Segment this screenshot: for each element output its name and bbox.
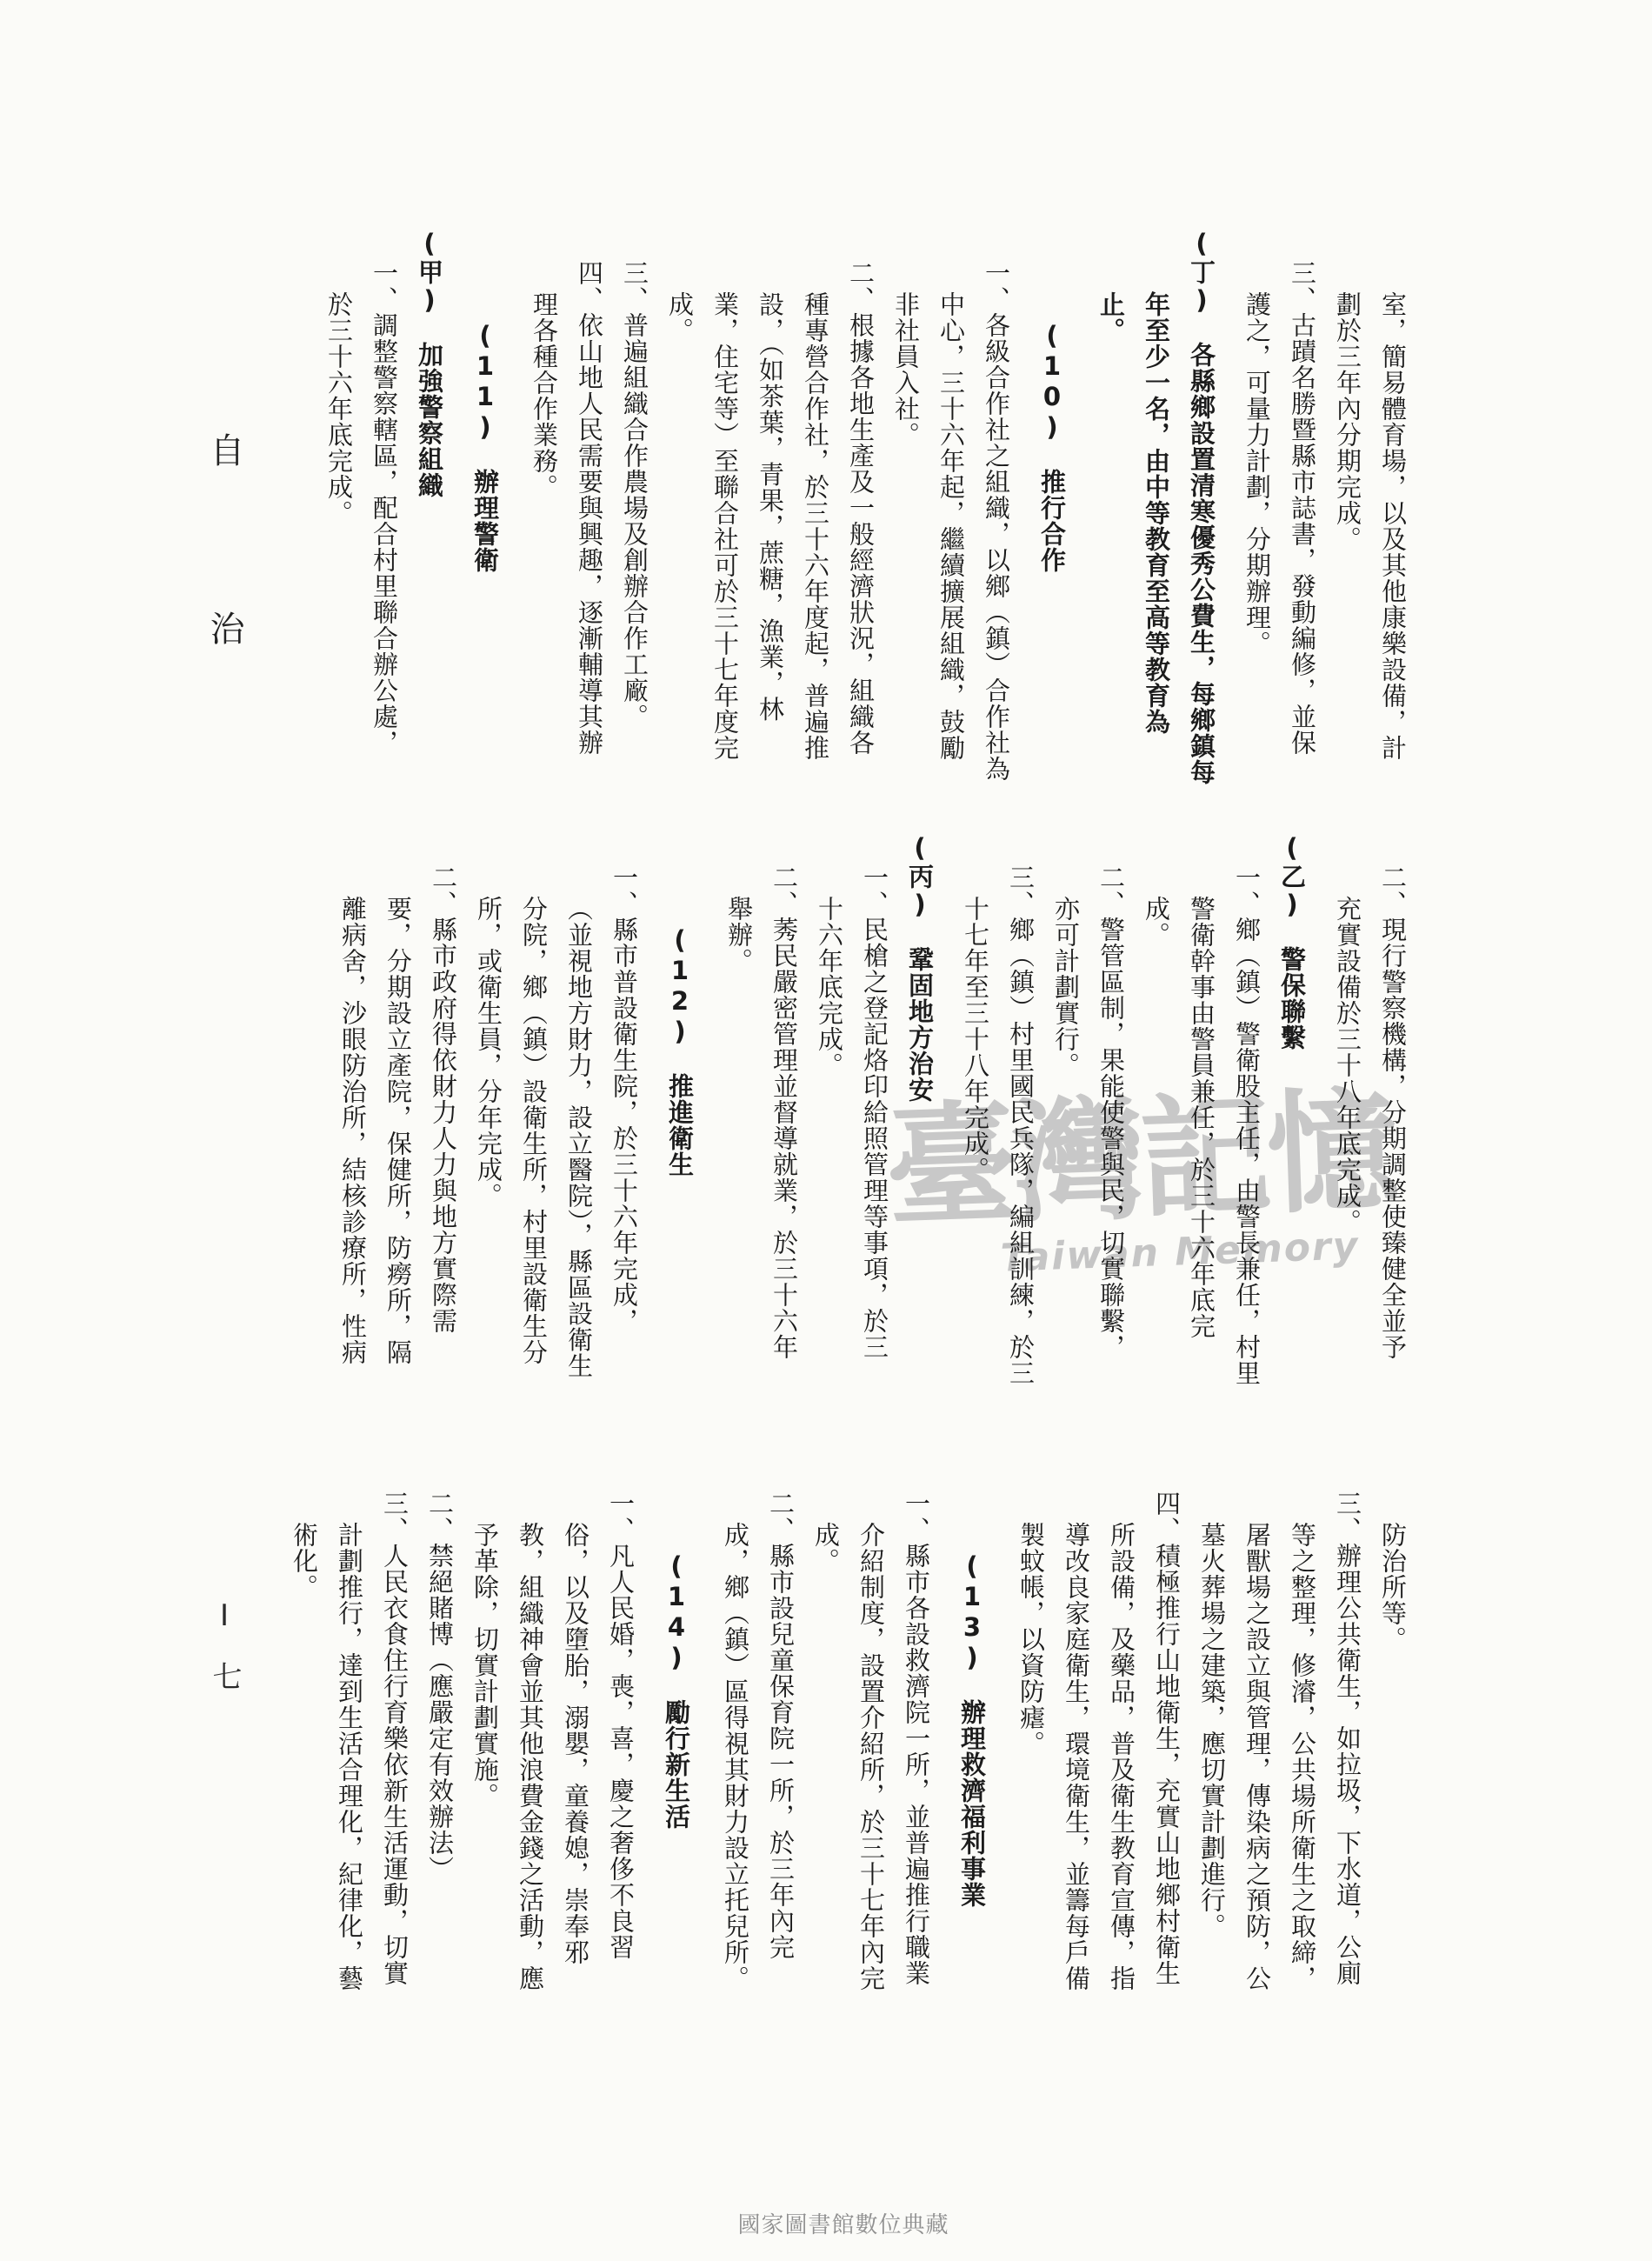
continuation-column: 劃於三年內分期完成。 xyxy=(1325,229,1370,876)
continuation-column: 防治所等。 xyxy=(1370,1459,1416,2120)
list-item-column: 二、莠民嚴密管理並督導就業，於三十六年 xyxy=(762,833,807,1463)
list-item-column: 四、積極推行山地衛生，充實山地鄉村衛生 xyxy=(1144,1459,1189,2089)
continuation-column: 於三十六年底完成。 xyxy=(316,229,362,876)
section-header-column: (13) 辦理救濟福利事業 xyxy=(949,1459,995,2150)
continuation-column: 舉辦。 xyxy=(716,833,762,1494)
margin-section-label: 自治 xyxy=(200,432,250,789)
continuation-column: 年至少一名，由中等教育至高等教育為 xyxy=(1134,229,1179,876)
text-band-1: 室，簡易體育場，以及其他康樂設備，計劃於三年內分期完成。三、古蹟名勝暨縣市誌書，… xyxy=(316,229,1416,813)
continuation-column: 室，簡易體育場，以及其他康樂設備，計 xyxy=(1370,229,1416,876)
continuation-column: 設，（如茶葉，青果，蔗糖，漁業，林 xyxy=(748,229,793,876)
section-header-column: (10) 推行合作 xyxy=(1029,229,1075,905)
list-item-column: 三、古蹟名勝暨縣市誌書，發動編修，並保 xyxy=(1280,229,1325,844)
continuation-column: 墓火葬場之建築，應切實計劃進行。 xyxy=(1189,1459,1235,2120)
continuation-column: 理各種合作業務。 xyxy=(522,229,567,876)
continuation-column: 亦可計劃實行。 xyxy=(1043,833,1089,1494)
list-item-column: 三、鄉（鎮）村里國民兵隊，編組訓練，於三 xyxy=(998,833,1043,1463)
continuation-column: 屠獸場之設立與管理，傳染病之預防，公 xyxy=(1235,1459,1280,2120)
list-item-column: 二、警管區制，果能使警與民，切實聯繫， xyxy=(1089,833,1134,1463)
page-number: I七 xyxy=(203,1598,246,1718)
list-item-column: 一、縣市普設衛生院，於三十六年完成， xyxy=(602,833,647,1463)
continuation-column: 非社員入社。 xyxy=(883,229,929,876)
footer-label: 國家圖書館數位典藏 xyxy=(730,2207,956,2239)
continuation-column: 所設備，及藥品，普及衛生教育宣傳，指 xyxy=(1099,1459,1144,2120)
continuation-column: 俗，以及墮胎，溺嬰，童養媳，崇奉邪 xyxy=(553,1459,598,2120)
continuation-column: 導改良家庭衛生，環境衛生，並籌每戶備 xyxy=(1054,1459,1099,2120)
subsection-header-column: (乙) 警保聯繫 xyxy=(1269,833,1315,1431)
list-item-column: 一、凡人民婚，喪，喜，慶之奢侈不良習 xyxy=(598,1459,643,2089)
section-header-column: (11) 辦理警衛 xyxy=(463,229,508,905)
subsection-header-column: (甲) 加強警察組織 xyxy=(407,229,452,813)
list-item-column: 三、人民衣食住行育樂依新生活運動，切實 xyxy=(372,1459,417,2089)
continuation-column: 十六年底完成。 xyxy=(807,833,852,1494)
continuation-column: 予革除，切實計劃實施。 xyxy=(463,1459,508,2120)
section-header-column: (14) 勵行新生活 xyxy=(654,1459,699,2150)
list-item-column: 二、現行警察機構，分期調整使臻健全並予 xyxy=(1370,833,1416,1463)
list-item-column: 一、鄉（鎮）警衛股主任，由警長兼任，村里 xyxy=(1224,833,1269,1463)
document-page: 自治 I七 臺灣記憶 Taiwan Memory 室，簡易體育場，以及其他康樂設… xyxy=(0,0,1652,2261)
continuation-column: 製蚊帳，以資防瘧。 xyxy=(1009,1459,1054,2120)
continuation-column: 所，或衛生員，分年完成。 xyxy=(466,833,511,1494)
continuation-column: 護之，可量力計劃，分期辦理。 xyxy=(1235,229,1280,876)
list-item-column: 三、普遍組織合作農場及創辦合作工廠。 xyxy=(612,229,657,844)
list-item-column: 三、辦理公共衛生，如拉圾，下水道，公廁 xyxy=(1325,1459,1370,2089)
continuation-column: 成。 xyxy=(803,1459,849,2120)
list-item-column: 四、依山地人民需要與興趣，逐漸輔導其辦 xyxy=(567,229,612,844)
continuation-column: 中心，三十六年起，繼續擴展組織，鼓勵 xyxy=(929,229,974,876)
continuation-column: 種專營合作社，於三十六年度起，普遍推 xyxy=(793,229,838,876)
continuation-column: 計劃推行，達到生活合理化，紀律化，藝 xyxy=(327,1459,372,2120)
continuation-column: 教，組織神會並其他浪費金錢之活動，應 xyxy=(508,1459,553,2120)
continuation-column: 充實設備於三十八年底完成。 xyxy=(1325,833,1370,1494)
continuation-column: 成。 xyxy=(1134,833,1179,1494)
section-header-column: (12) 推進衛生 xyxy=(657,833,703,1524)
continuation-column: 業，住宅等）至聯合社可於三十七年度完 xyxy=(703,229,748,876)
list-item-column: 二、禁絕賭博（應嚴定有效辦法） xyxy=(417,1459,463,2089)
continuation-column: 十七年至三十八年完成。 xyxy=(953,833,998,1494)
continuation-column: 要，分期設立產院，保健所，防癆所，隔 xyxy=(376,833,421,1494)
continuation-column: 分院，鄉（鎮）設衛生所，村里設衛生分 xyxy=(511,833,556,1494)
list-item-column: 一、各級合作社之組織，以鄉（鎮）合作社為 xyxy=(974,229,1019,844)
list-item-column: 二、根據各地生產及一般經濟狀況，組織各 xyxy=(838,229,883,844)
text-band-2: 二、現行警察機構，分期調整使臻健全並予充實設備於三十八年底完成。(乙) 警保聯繫… xyxy=(330,833,1416,1431)
continuation-column: 警衛幹事由警員兼任，於三十六年底完 xyxy=(1179,833,1224,1494)
list-item-column: 一、調整警察轄區，配合村里聯合辦公處， xyxy=(362,229,407,844)
list-item-column: 二、縣市設兒童保育院一所，於三年內完 xyxy=(758,1459,803,2089)
continuation-column: （並視地方財力，設立醫院），縣區設衛生 xyxy=(556,833,602,1494)
list-item-column: 二、縣市政府得依財力人力與地方實際需 xyxy=(421,833,466,1463)
text-band-3: 防治所等。三、辦理公共衛生，如拉圾，下水道，公廁等之整理，修濬，公共場所衛生之取… xyxy=(282,1459,1416,2058)
continuation-column: 離病舍，沙眼防治所，結核診療所，性病 xyxy=(330,833,376,1494)
continuation-column: 等之整理，修濬，公共場所衛生之取締， xyxy=(1280,1459,1325,2120)
subsection-header-column: (丁) 各縣鄉設置清寒優秀公費生，每鄉鎮每 xyxy=(1179,229,1224,813)
continuation-column: 止。 xyxy=(1089,229,1134,876)
continuation-column: 介紹制度，設置介紹所，於三十七年內完 xyxy=(849,1459,894,2120)
continuation-column: 成，鄉（鎮）區得視其財力設立托兒所。 xyxy=(713,1459,758,2120)
continuation-column: 術化。 xyxy=(282,1459,327,2120)
continuation-column: 成。 xyxy=(657,229,703,876)
subsection-header-column: (丙) 鞏固地方治安 xyxy=(897,833,943,1431)
list-item-column: 一、縣市各設救濟院一所，並普遍推行職業 xyxy=(894,1459,939,2089)
list-item-column: 一、民槍之登記烙印給照管理等事項，於三 xyxy=(852,833,897,1463)
